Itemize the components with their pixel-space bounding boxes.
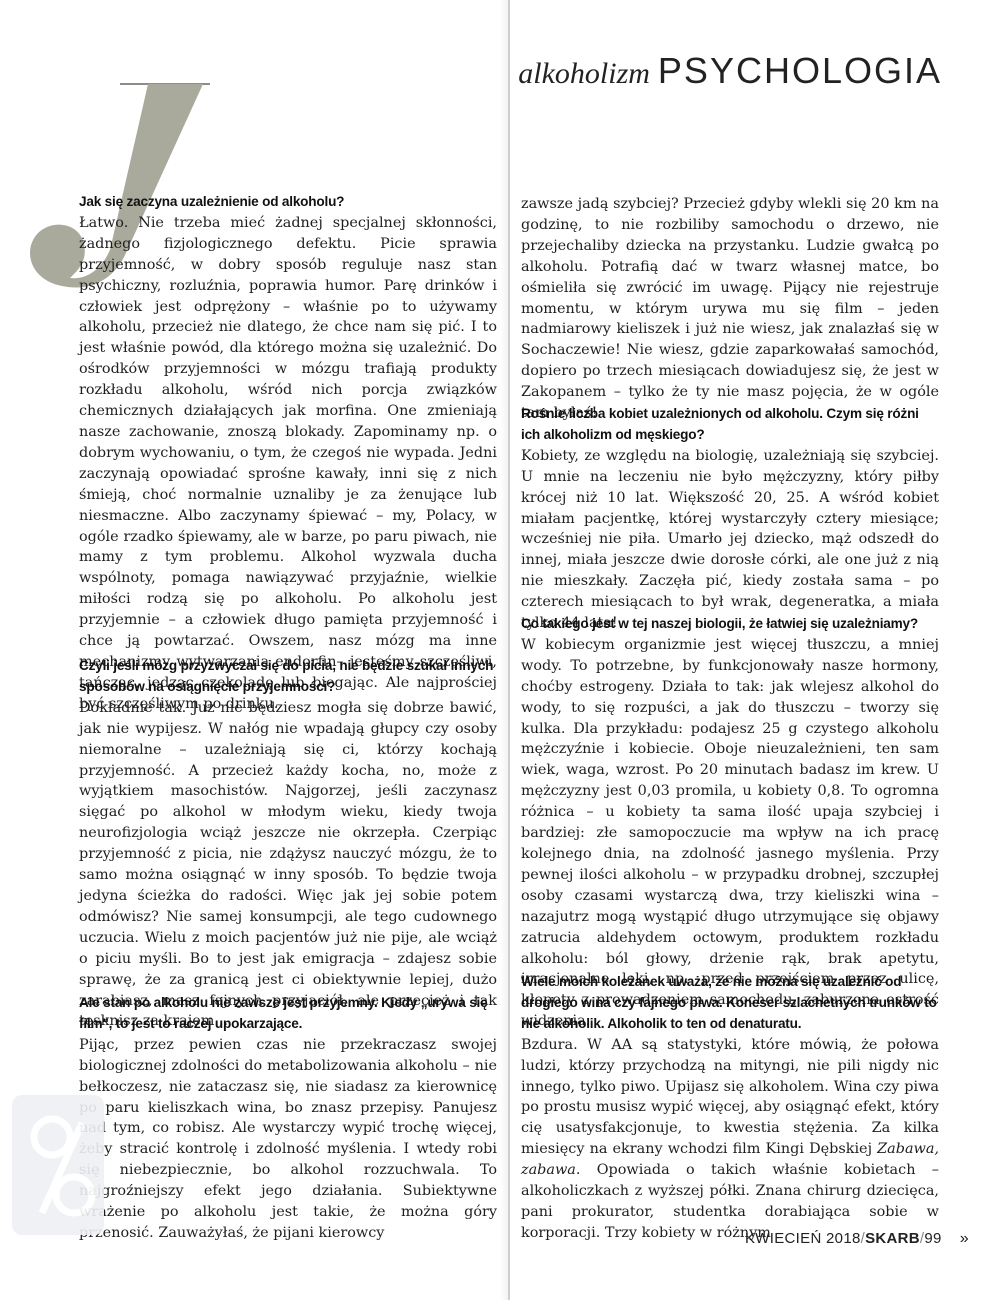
page-spine-shadow [500, 0, 508, 1300]
continued-answer: zawsze jadą szybciej? Przecież gdyby wle… [521, 194, 939, 424]
interview-question: Rośnie liczba kobiet uzależnionych od al… [521, 404, 939, 446]
page-footer: KWIECIEŃ 2018 / SKARB / 99 » [745, 1230, 969, 1248]
qa-block: Rośnie liczba kobiet uzależnionych od al… [521, 404, 939, 634]
interview-answer: Bzdura. W AA są statystyki, które mówią,… [521, 1035, 939, 1244]
section-header: alkoholizm PSYCHOLOGIA [518, 50, 942, 92]
interview-question: Jak się zaczyna uzależnienie od alkoholu… [79, 192, 497, 213]
continuation-paragraph: zawsze jadą szybciej? Przecież gdyby wle… [521, 194, 939, 424]
magazine-page: alkoholizm PSYCHOLOGIA Jak się zaczyna u… [0, 0, 1002, 1300]
qa-block: Jak się zaczyna uzależnienie od alkoholu… [79, 192, 497, 715]
interview-answer: Dokładnie tak. Już nie będziesz mogła si… [79, 698, 497, 1033]
interview-answer: Kobiety, ze względu na biologię, uzależn… [521, 446, 939, 634]
qa-block: Czyli jeśli mózg przyzwyczai się do pici… [79, 656, 497, 1032]
header-section: PSYCHOLOGIA [658, 50, 942, 92]
interview-answer: Łatwo. Nie trzeba mieć żadnej specjalnej… [79, 213, 497, 715]
magazine-name: SKARB [865, 1230, 920, 1247]
page-number: 99 [924, 1230, 941, 1247]
interview-question: Czyli jeśli mózg przyzwyczai się do pici… [79, 656, 497, 698]
percent-watermark-icon [12, 1095, 104, 1235]
page-spine-divider [508, 0, 510, 1300]
header-category: alkoholizm [518, 57, 650, 91]
interview-question: Wiele moich koleżanek uważa, że nie możn… [521, 972, 939, 1035]
next-page-icon[interactable]: » [960, 1230, 969, 1248]
qa-block: Wiele moich koleżanek uważa, że nie możn… [521, 972, 939, 1244]
interview-answer: Pijąc, przez pewien czas nie przekraczas… [79, 1035, 497, 1244]
qa-block: Ale stan po alkoholu nie zawsze jest prz… [79, 993, 497, 1244]
interview-question: Co takiego jest w tej naszej biologii, ż… [521, 614, 939, 635]
interview-question: Ale stan po alkoholu nie zawsze jest prz… [79, 993, 497, 1035]
issue-date: KWIECIEŃ 2018 [745, 1230, 861, 1247]
qa-block: Co takiego jest w tej naszej biologii, ż… [521, 614, 939, 1032]
